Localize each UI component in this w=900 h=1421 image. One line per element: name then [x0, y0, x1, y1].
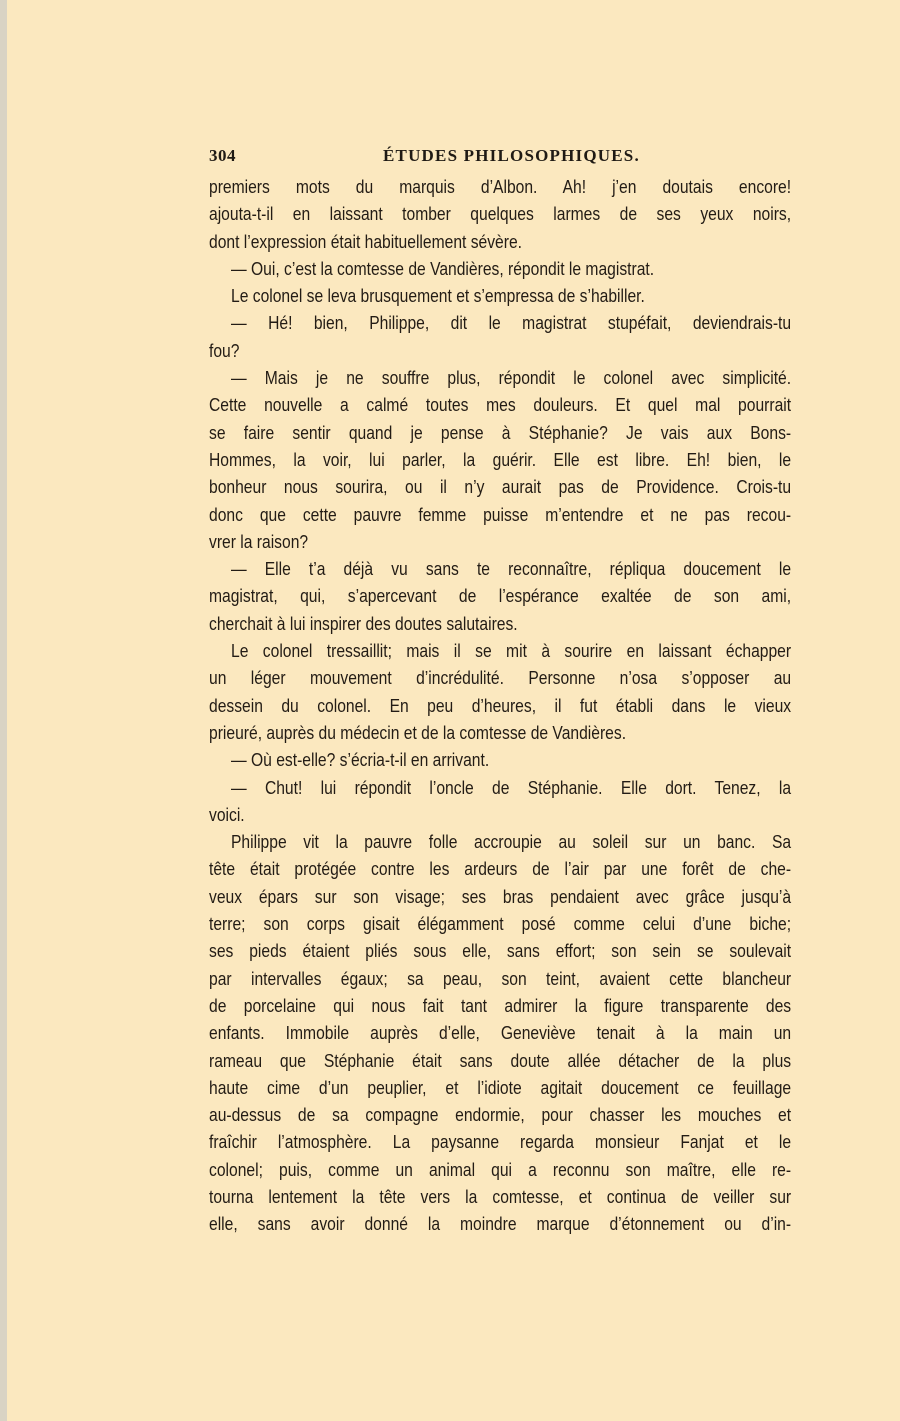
- text-line: Le colonel se leva brusquement et s’empr…: [209, 283, 791, 310]
- text-line-content: cherchait à lui inspirer des doutes salu…: [209, 611, 791, 638]
- text-line-content: vrer la raison?: [209, 529, 791, 556]
- text-line: Cette nouvelle a calmé toutes mes douleu…: [209, 392, 791, 419]
- text-line: Philippe vit la pauvre folle accroupie a…: [209, 829, 791, 856]
- text-line-content: prieuré, auprès du médecin et de la comt…: [209, 720, 791, 747]
- text-line: — Hé! bien, Philippe, dit le magistrat s…: [209, 310, 791, 337]
- text-line: dessein du colonel. En peu d’heures, il …: [209, 693, 791, 720]
- text-line-content: veux épars sur son visage; ses bras pend…: [209, 884, 791, 911]
- text-line: Hommes, la voir, lui parler, la guérir. …: [209, 447, 791, 474]
- text-line: cherchait à lui inspirer des doutes salu…: [209, 611, 791, 638]
- running-title: ÉTUDES PHILOSOPHIQUES.: [383, 146, 640, 166]
- text-line: par intervalles égaux; sa peau, son tein…: [209, 966, 791, 993]
- page-number: 304: [209, 146, 236, 166]
- text-line-content: magistrat, qui, s’apercevant de l’espéra…: [209, 583, 791, 610]
- text-line-content: au-dessus de sa compagne endormie, pour …: [209, 1102, 791, 1129]
- text-line-content: terre; son corps gisait élégamment posé …: [209, 911, 791, 938]
- text-line: donc que cette pauvre femme puisse m’ent…: [209, 502, 791, 529]
- running-head: 304 ÉTUDES PHILOSOPHIQUES.: [209, 146, 791, 170]
- text-line-content: Hommes, la voir, lui parler, la guérir. …: [209, 447, 791, 474]
- text-line: de porcelaine qui nous fait tant admirer…: [209, 993, 791, 1020]
- text-line: — Oui, c’est la comtesse de Vandières, r…: [209, 256, 791, 283]
- text-line: magistrat, qui, s’apercevant de l’espéra…: [209, 583, 791, 610]
- text-line: — Chut! lui répondit l’oncle de Stéphani…: [209, 775, 791, 802]
- text-line: fraîchir l’atmosphère. La paysanne regar…: [209, 1129, 791, 1156]
- text-line-content: — Hé! bien, Philippe, dit le magistrat s…: [231, 310, 791, 337]
- text-line: bonheur nous sourira, ou il n’y aurait p…: [209, 474, 791, 501]
- text-line-content: Philippe vit la pauvre folle accroupie a…: [231, 829, 791, 856]
- body-text: premiers mots du marquis d’Albon. Ah! j’…: [209, 174, 791, 1239]
- text-line-content: Le colonel se leva brusquement et s’empr…: [231, 283, 791, 310]
- text-line-content: Le colonel tressaillit; mais il se mit à…: [231, 638, 791, 665]
- text-line: enfants. Immobile auprès d’elle, Geneviè…: [209, 1020, 791, 1047]
- text-line: fou?: [209, 338, 791, 365]
- text-line: colonel; puis, comme un animal qui a rec…: [209, 1157, 791, 1184]
- text-line: ajouta-t-il en laissant tomber quelques …: [209, 201, 791, 228]
- text-line: haute cime d’un peuplier, et l’idiote ag…: [209, 1075, 791, 1102]
- text-line: Le colonel tressaillit; mais il se mit à…: [209, 638, 791, 665]
- text-line-content: voici.: [209, 802, 791, 829]
- text-line-content: dont l’expression était habituellement s…: [209, 229, 791, 256]
- text-line-content: haute cime d’un peuplier, et l’idiote ag…: [209, 1075, 791, 1102]
- text-line: un léger mouvement d’incrédulité. Person…: [209, 665, 791, 692]
- page-left-edge: [0, 0, 7, 1421]
- text-line-content: par intervalles égaux; sa peau, son tein…: [209, 966, 791, 993]
- text-line: rameau que Stéphanie était sans doute al…: [209, 1048, 791, 1075]
- text-line: — Elle t’a déjà vu sans te reconnaître, …: [209, 556, 791, 583]
- text-line: dont l’expression était habituellement s…: [209, 229, 791, 256]
- text-line-content: fou?: [209, 338, 791, 365]
- text-line-content: Cette nouvelle a calmé toutes mes douleu…: [209, 392, 791, 419]
- text-line: terre; son corps gisait élégamment posé …: [209, 911, 791, 938]
- text-line: tête était protégée contre les ardeurs d…: [209, 856, 791, 883]
- text-line: — Où est-elle? s’écria-t-il en arrivant.: [209, 747, 791, 774]
- text-line: tourna lentement la tête vers la comtess…: [209, 1184, 791, 1211]
- text-line: vrer la raison?: [209, 529, 791, 556]
- text-line-content: bonheur nous sourira, ou il n’y aurait p…: [209, 474, 791, 501]
- text-line-content: tête était protégée contre les ardeurs d…: [209, 856, 791, 883]
- text-line-content: — Mais je ne souffre plus, répondit le c…: [231, 365, 791, 392]
- text-line-content: colonel; puis, comme un animal qui a rec…: [209, 1157, 791, 1184]
- text-line-content: — Elle t’a déjà vu sans te reconnaître, …: [231, 556, 791, 583]
- text-line: veux épars sur son visage; ses bras pend…: [209, 884, 791, 911]
- text-line-content: premiers mots du marquis d’Albon. Ah! j’…: [209, 174, 791, 201]
- text-line-content: — Où est-elle? s’écria-t-il en arrivant.: [231, 747, 791, 774]
- text-line: voici.: [209, 802, 791, 829]
- text-line-content: de porcelaine qui nous fait tant admirer…: [209, 993, 791, 1020]
- text-line-content: elle, sans avoir donné la moindre marque…: [209, 1211, 791, 1238]
- text-line-content: ses pieds étaient pliés sous elle, sans …: [209, 938, 791, 965]
- text-line: ses pieds étaient pliés sous elle, sans …: [209, 938, 791, 965]
- text-line-content: donc que cette pauvre femme puisse m’ent…: [209, 502, 791, 529]
- text-line: premiers mots du marquis d’Albon. Ah! j’…: [209, 174, 791, 201]
- text-line-content: — Chut! lui répondit l’oncle de Stéphani…: [231, 775, 791, 802]
- text-line-content: rameau que Stéphanie était sans doute al…: [209, 1048, 791, 1075]
- text-line: au-dessus de sa compagne endormie, pour …: [209, 1102, 791, 1129]
- text-line-content: — Oui, c’est la comtesse de Vandières, r…: [231, 256, 791, 283]
- text-line: elle, sans avoir donné la moindre marque…: [209, 1211, 791, 1238]
- text-line-content: fraîchir l’atmosphère. La paysanne regar…: [209, 1129, 791, 1156]
- text-line: prieuré, auprès du médecin et de la comt…: [209, 720, 791, 747]
- text-line-content: ajouta-t-il en laissant tomber quelques …: [209, 201, 791, 228]
- text-line-content: un léger mouvement d’incrédulité. Person…: [209, 665, 791, 692]
- text-line-content: tourna lentement la tête vers la comtess…: [209, 1184, 791, 1211]
- text-line-content: dessein du colonel. En peu d’heures, il …: [209, 693, 791, 720]
- text-line: — Mais je ne souffre plus, répondit le c…: [209, 365, 791, 392]
- text-line-content: enfants. Immobile auprès d’elle, Geneviè…: [209, 1020, 791, 1047]
- text-line-content: se faire sentir quand je pense à Stéphan…: [209, 420, 791, 447]
- text-line: se faire sentir quand je pense à Stéphan…: [209, 420, 791, 447]
